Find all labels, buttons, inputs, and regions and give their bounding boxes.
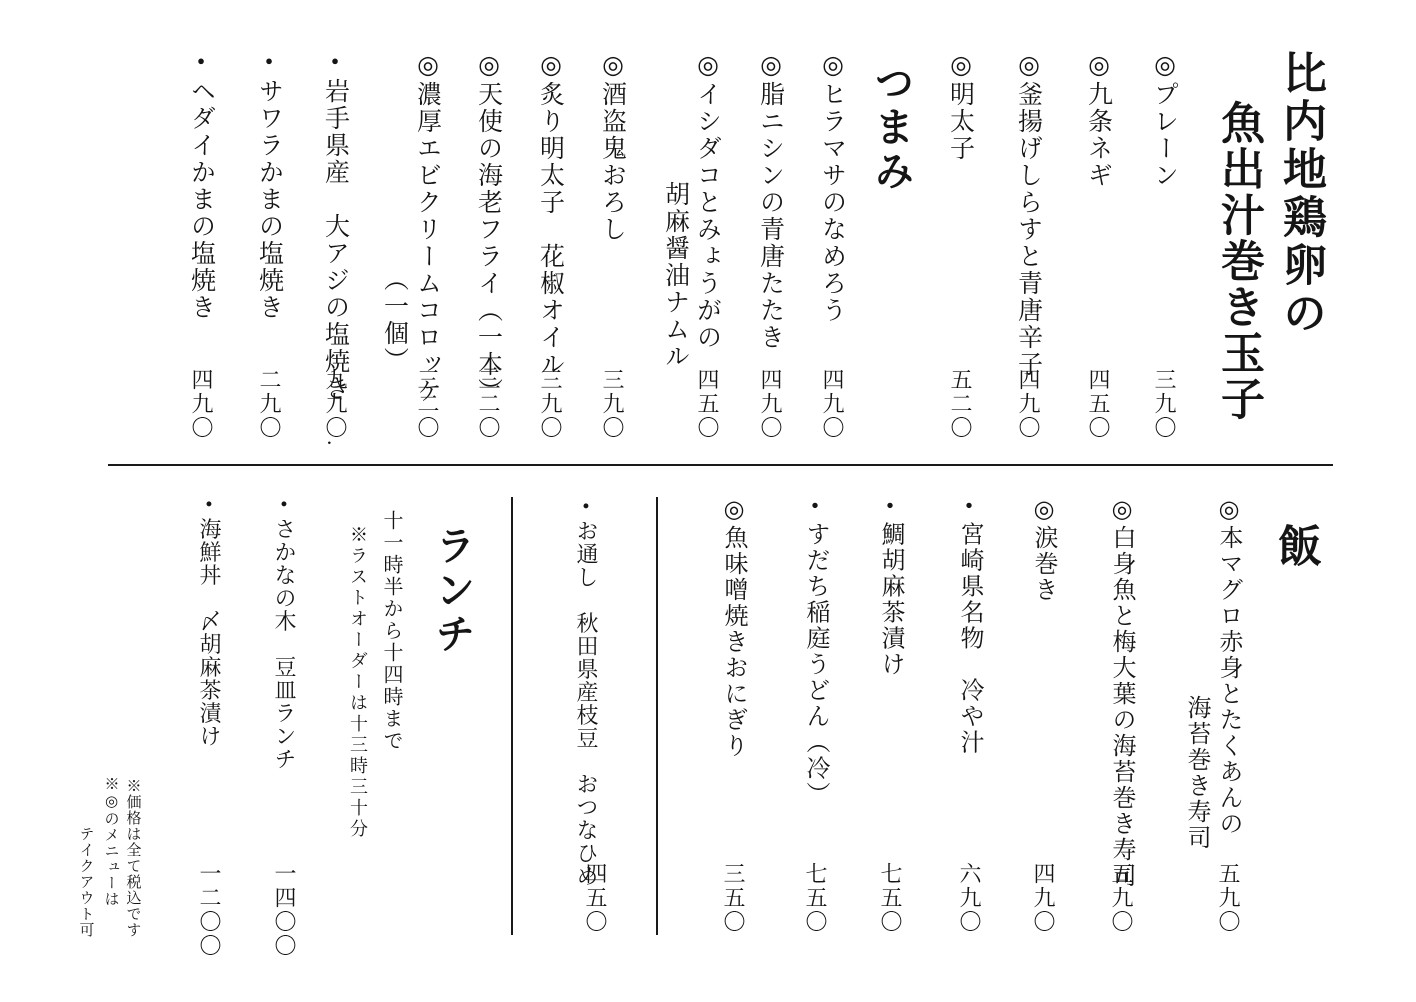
footnote-takeout-line1: ※◎のメニューは <box>103 776 118 907</box>
dot-marker: ● <box>203 498 215 511</box>
item-label: ヘダイかまの塩焼き <box>188 78 215 321</box>
double-circle-marker: ◎ <box>694 50 721 81</box>
double-circle-marker: ◎ <box>599 50 626 81</box>
item-price: 三九〇 <box>539 368 561 440</box>
item-label: 白身魚と梅大葉の海苔巻き寿司 <box>1108 525 1134 889</box>
footnote-takeout-line2: テイクアウト可 <box>78 826 93 938</box>
item-label: 海鮮丼 〆胡麻茶漬け <box>197 518 222 748</box>
item-price: 三二〇 <box>416 368 438 440</box>
item-sudachi-inaniwa-udon: ●すだち稲庭うどん（冷） <box>803 495 827 808</box>
double-circle-marker: ◎ <box>414 50 441 81</box>
double-circle-marker: ◎ <box>819 50 846 81</box>
item-label: イシダコとみょうがの <box>694 81 721 351</box>
double-circle-marker: ◎ <box>1215 495 1241 525</box>
item-price: 四五〇 <box>696 368 718 440</box>
item-price: 三五〇 <box>722 862 744 934</box>
item-label: 鯛胡麻茶漬け <box>877 522 903 678</box>
dot-marker: ● <box>883 498 897 514</box>
item-price: 五九〇 <box>1110 862 1132 934</box>
item-hedai-kama-shioyaki: ●ヘダイかまの塩焼き <box>189 50 214 321</box>
item-kujo-negi: ◎九条ネギ <box>1086 50 1111 189</box>
item-sawara-kama-shioyaki: ●サワラかまの塩焼き <box>257 50 282 321</box>
item-hon-maguro-norimaki: ◎本マグロ赤身とたくあんの <box>1216 495 1240 837</box>
item-label: 脂ニシンの青唐たたき <box>757 81 784 351</box>
item-price: 四五〇 <box>1087 368 1109 440</box>
double-circle-marker: ◎ <box>720 495 746 525</box>
item-ishidako-namuru-line2: 胡麻醤油ナムル <box>663 181 688 370</box>
item-price: 五九〇 <box>1217 862 1239 934</box>
item-label: プレーン <box>1151 81 1178 189</box>
dot-marker: ● <box>808 498 822 514</box>
item-price: 七五〇 <box>804 862 826 934</box>
item-price: 三二〇 <box>477 368 499 440</box>
section-header-tsumami: つまみ <box>871 62 911 194</box>
item-label: 本マグロ赤身とたくあんの <box>1215 525 1241 837</box>
lunch-last-order-note: ※ラストオーダーは十三時三十分 <box>349 525 367 840</box>
item-price: 三九〇 <box>1153 368 1175 440</box>
item-label: 涙巻き <box>1030 525 1056 603</box>
double-circle-marker: ◎ <box>1108 495 1134 525</box>
item-ebi-cream-croquette-line2: （一個） <box>382 266 407 374</box>
otoshi-divider-right <box>656 497 658 935</box>
double-circle-marker: ◎ <box>757 50 784 81</box>
item-tai-goma-chazuke: ●鯛胡麻茶漬け <box>878 495 902 678</box>
item-label: 九条ネギ <box>1085 81 1112 189</box>
item-price: 九九〇. <box>324 368 346 448</box>
dot-marker: ● <box>962 498 976 514</box>
item-price: 二九〇 <box>258 368 280 440</box>
item-label: 岩手県産 大アジの塩焼き <box>322 78 349 402</box>
double-circle-marker: ◎ <box>1085 50 1112 81</box>
dot-marker: ● <box>328 53 343 70</box>
item-kaisen-don: ●海鮮丼 〆胡麻茶漬け <box>198 495 220 748</box>
section-header-meshi: 飯 <box>1273 523 1317 567</box>
item-price: 四五〇 <box>584 862 606 934</box>
item-label: すだち稲庭うどん（冷） <box>802 522 828 808</box>
item-label: ヒラマサのなめろう <box>819 81 846 324</box>
double-circle-marker: ◎ <box>947 50 974 81</box>
item-otoshi-edamame: ●お通し 秋田県産枝豆 おつなひめ <box>575 497 597 888</box>
item-price: 四九〇 <box>190 368 212 440</box>
otoshi-divider-left <box>511 497 513 935</box>
item-price: 六九〇 <box>958 862 980 934</box>
item-price: 四九〇 <box>1017 368 1039 440</box>
menu-title-line-2: 魚出汁巻き玉子 <box>1216 100 1260 422</box>
item-price: 五二〇 <box>949 368 971 440</box>
item-ishidako-namuru: ◎イシダコとみょうがの <box>695 50 720 351</box>
item-price: 三九〇 <box>601 368 623 440</box>
dot-marker: ● <box>278 498 290 511</box>
item-label: 宮崎県名物 冷や汁 <box>956 522 982 756</box>
item-abura-nishin: ◎脂ニシンの青唐たたき <box>758 50 783 351</box>
menu-title-line-1: 比内地鶏卵の <box>1278 50 1322 338</box>
item-label: 酒盗鬼おろし <box>599 81 626 243</box>
item-miyazaki-hiyajiru: ●宮崎県名物 冷や汁 <box>957 495 981 756</box>
item-mentaiko: ◎明太子 <box>948 50 973 162</box>
item-label: サワラかまの塩焼き <box>256 78 283 321</box>
item-label: 釜揚げしらすと青唐辛子 <box>1015 81 1042 378</box>
item-price: 四九〇 <box>759 368 781 440</box>
footnote-tax: ※価格は全て税込です <box>125 778 140 938</box>
item-uo-miso-onigiri: ◎魚味噌焼きおにぎり <box>721 495 745 759</box>
item-hiramasa-namero: ◎ヒラマサのなめろう <box>820 50 845 324</box>
dot-marker: ● <box>194 53 209 70</box>
lunch-hours: 十一時半から十四時まで <box>381 510 401 752</box>
dot-marker: ● <box>580 500 592 513</box>
item-price: 四九〇 <box>821 368 843 440</box>
item-kamaage-shirasu: ◎釜揚げしらすと青唐辛子 <box>1016 50 1041 378</box>
item-price: 四九〇 <box>1032 862 1054 934</box>
item-price: 一二〇〇 <box>198 862 220 958</box>
double-circle-marker: ◎ <box>1030 495 1056 525</box>
double-circle-marker: ◎ <box>475 50 502 81</box>
item-iwate-aji-shioyaki: ●岩手県産 大アジの塩焼き <box>323 50 348 402</box>
item-ebi-cream-croquette: ◎濃厚エビクリームコロッケ <box>415 50 440 405</box>
item-tenshi-ebi-fry: ◎天使の海老フライ（一本） <box>476 50 501 405</box>
menu-page: 比内地鶏卵の 魚出汁巻き玉子 ◎プレーン 三九〇 ◎九条ネギ 四五〇 ◎釜揚げし… <box>0 0 1416 1002</box>
item-label: 濃厚エビクリームコロッケ <box>414 81 441 405</box>
double-circle-marker: ◎ <box>537 50 564 81</box>
item-label: 炙り明太子 花椒オイル <box>537 81 564 378</box>
item-price: 一四〇〇 <box>273 862 295 958</box>
item-plain: ◎プレーン <box>1152 50 1177 189</box>
item-kozara-lunch: ●さかなの木 豆皿ランチ <box>273 495 295 771</box>
double-circle-marker: ◎ <box>1015 50 1042 81</box>
item-aburi-mentaiko: ◎炙り明太子 花椒オイル <box>538 50 563 378</box>
item-label: 天使の海老フライ（一本） <box>475 81 502 405</box>
item-label: さかなの木 豆皿ランチ <box>272 518 297 771</box>
item-shiromi-ume-norimaki: ◎白身魚と梅大葉の海苔巻き寿司 <box>1109 495 1133 889</box>
item-shuto-oni-oroshi: ◎酒盗鬼おろし <box>600 50 625 243</box>
item-price: 七五〇 <box>879 862 901 934</box>
section-header-lunch: ランチ <box>432 525 472 657</box>
section-divider <box>108 464 1333 466</box>
item-label: お通し 秋田県産枝豆 おつなひめ <box>574 520 599 888</box>
dot-marker: ● <box>262 53 277 70</box>
item-label: 明太子 <box>947 81 974 162</box>
double-circle-marker: ◎ <box>1151 50 1178 81</box>
item-namida-maki: ◎涙巻き <box>1031 495 1055 603</box>
item-hon-maguro-norimaki-line2: 海苔巻き寿司 <box>1184 695 1208 851</box>
item-label: 魚味噌焼きおにぎり <box>720 525 746 759</box>
